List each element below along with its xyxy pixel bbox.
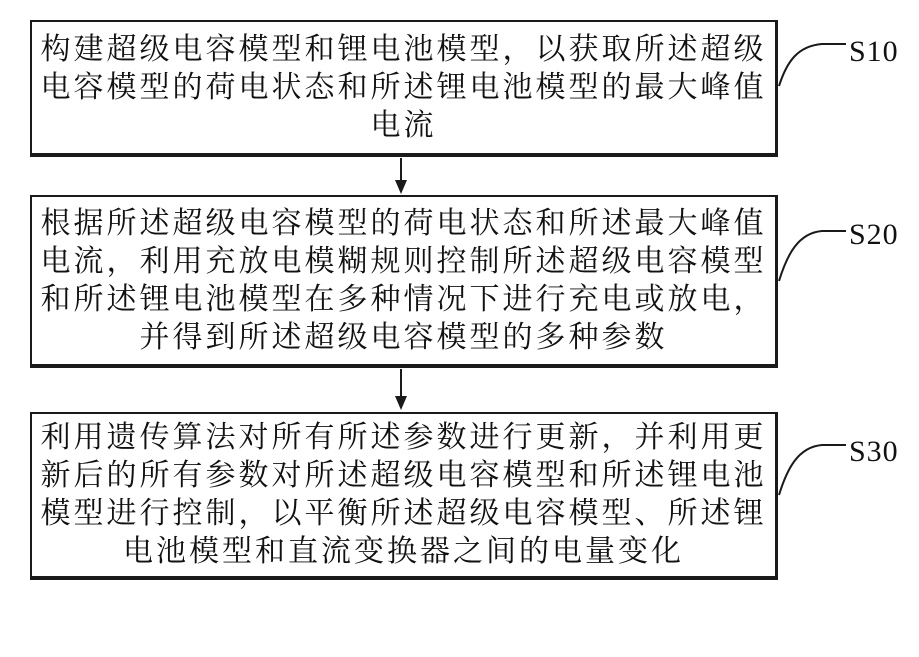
step-text-line: 电容模型的荷电状态和所述锂电池模型的最大峰值 <box>41 69 767 107</box>
step-text-line: 和所述锂电池模型在多种情况下进行充电或放电， <box>41 281 767 319</box>
leader-line-s20 <box>779 231 846 281</box>
step-text-line: 新后的所有参数对所述超级电容模型和所述锂电池 <box>41 457 767 495</box>
flow-step-box-s10: 构建超级电容模型和锂电池模型，以获取所述超级 电容模型的荷电状态和所述锂电池模型… <box>30 20 778 157</box>
patent-flowchart-figure: 构建超级电容模型和锂电池模型，以获取所述超级 电容模型的荷电状态和所述锂电池模型… <box>0 0 919 657</box>
step-text-line: 利用遗传算法对所有所述参数进行更新，并利用更 <box>41 419 767 457</box>
step-text-line: 电流 <box>371 107 437 145</box>
step-text-line: 根据所述超级电容模型的荷电状态和所述最大峰值 <box>41 205 767 243</box>
arrow-down-icon <box>395 369 407 410</box>
flow-step-box-s30: 利用遗传算法对所有所述参数进行更新，并利用更 新后的所有参数对所述超级电容模型和… <box>30 412 778 580</box>
step-text-line: 并得到所述超级电容模型的多种参数 <box>140 319 668 357</box>
step-label-s30: S30 <box>849 435 899 469</box>
step-text-line: 模型进行控制，以平衡所述超级电容模型、所述锂 <box>41 495 767 533</box>
step-label-s10: S10 <box>849 35 899 69</box>
arrow-down-icon <box>395 158 407 194</box>
leader-line-s10 <box>779 44 846 86</box>
step-label-s20: S20 <box>849 218 899 252</box>
step-text-line: 构建超级电容模型和锂电池模型，以获取所述超级 <box>41 31 767 69</box>
step-text-line: 电流，利用充放电模糊规则控制所述超级电容模型 <box>41 243 767 281</box>
flow-step-box-s20: 根据所述超级电容模型的荷电状态和所述最大峰值 电流，利用充放电模糊规则控制所述超… <box>30 195 778 368</box>
leader-line-s30 <box>779 445 846 495</box>
step-text-line: 电池模型和直流变换器之间的电量变化 <box>123 533 684 571</box>
